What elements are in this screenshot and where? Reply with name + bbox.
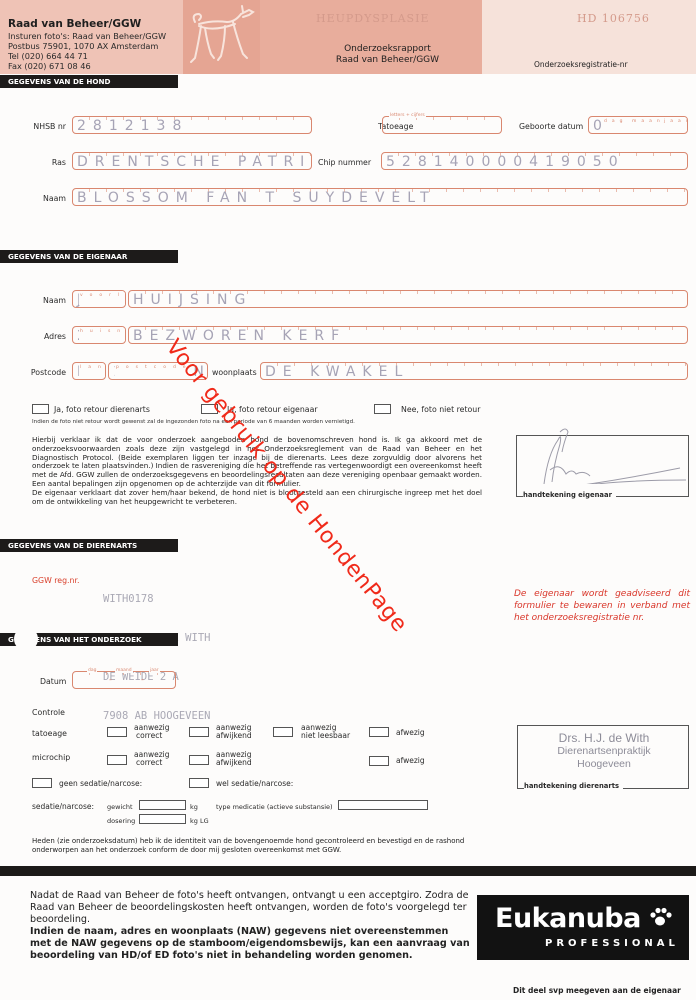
- chip-label: Chip nummer: [318, 158, 371, 167]
- dosage-unit: kg LG: [190, 817, 209, 825]
- owner-signature-icon: [516, 422, 689, 484]
- sponsor-subtitle: PROFESSIONAL: [545, 938, 679, 949]
- owner-signature-box[interactable]: handtekening eigenaar: [516, 435, 689, 497]
- controle-label: Controle: [32, 708, 65, 717]
- owner-initials-field[interactable]: voorletters JC: [72, 290, 126, 308]
- ras-label: Ras: [20, 158, 66, 167]
- chip-field[interactable]: 528140000419050: [381, 152, 688, 170]
- tattoo-check-label: tatoeage: [32, 729, 67, 738]
- chip-present-correct-checkbox[interactable]: [107, 755, 127, 765]
- vet-confirmation: Heden (zie onderzoeksdatum) heb ik de id…: [32, 837, 492, 854]
- city-label: woonplaats: [212, 368, 257, 377]
- initials-hint: voorletters: [79, 290, 126, 305]
- nhsb-field[interactable]: 2812138: [72, 116, 312, 134]
- return-to-vet-label: Ja, foto retour dierenarts: [54, 405, 150, 414]
- medication-input[interactable]: [338, 800, 428, 810]
- org-phone: Tel (020) 664 44 71: [8, 51, 88, 61]
- tattoo-present-correct-checkbox[interactable]: [107, 727, 127, 737]
- vet-stamp-practice: Dierenartsenpraktijk: [518, 745, 690, 758]
- footer-info-normal: Nadat de Raad van Beheer de foto's heeft…: [30, 890, 469, 925]
- org-address-line: Postbus 75901, 1070 AX Amsterdam: [8, 41, 158, 51]
- dosage-input[interactable]: [139, 814, 186, 824]
- sponsor-logo: Eukanuba PROFESSIONAL: [477, 895, 689, 960]
- exam-date-label: Datum: [40, 677, 66, 686]
- no-sedation-label: geen sedatie/narcose:: [59, 779, 142, 788]
- sponsor-name: Eukanuba: [495, 903, 641, 934]
- punch-hole: [14, 627, 38, 651]
- section-header-vet: GEGEVENS VAN DE DIERENARTS: [0, 539, 178, 552]
- return-to-owner-label: Ja, foto retour eigenaar: [227, 405, 318, 414]
- birth-day-hint: dag: [603, 116, 628, 131]
- vet-address-stamp: WITH0178 DRS. H.J. DE WITH DE WEIDE 2 A …: [103, 567, 210, 736]
- weight-input[interactable]: [139, 800, 186, 810]
- chip-absent-checkbox[interactable]: [369, 756, 389, 766]
- exam-month-hint: maand: [115, 668, 133, 673]
- header-logo-panel: [183, 0, 260, 74]
- org-title: Raad van Beheer/GGW: [8, 18, 141, 30]
- house-number-field[interactable]: huisnummer 26: [72, 326, 126, 344]
- tatoeage-field[interactable]: letters + cijfers: [382, 116, 502, 134]
- weight-label: gewicht: [107, 803, 133, 811]
- vet-city: 7908 AB HOOGEVEEN: [103, 710, 210, 723]
- birth-year-hint: jaar: [663, 116, 688, 131]
- section-header-dog: GEGEVENS VAN DE HOND: [0, 75, 178, 88]
- owner-copy-note: Dit deel svp meegeven aan de eigenaar: [513, 986, 681, 995]
- report-title-line-2: Raad van Beheer/GGW: [300, 55, 475, 66]
- exam-type-stamp: HEUPDYSPLASIE: [316, 12, 429, 25]
- vet-stamp-city: Hoogeveen: [518, 758, 690, 771]
- sedation-label: wel sedatie/narcose:: [216, 779, 293, 788]
- dog-name-label: Naam: [20, 194, 66, 203]
- tattoo-present-correct-label: aanwezigcorrect: [134, 724, 169, 740]
- tattoo-present-deviant-checkbox[interactable]: [189, 727, 209, 737]
- footer-info-bold: Indien de naam, adres en woonplaats (NAW…: [30, 926, 470, 961]
- return-to-vet-checkbox[interactable]: [32, 404, 49, 414]
- footer-info: Nadat de Raad van Beheer de foto's heeft…: [30, 890, 470, 962]
- report-title-line-1: Onderzoeksrapport: [300, 44, 475, 55]
- tattoo-unreadable-label: aanwezigniet leesbaar: [301, 724, 350, 740]
- chip-absent-label: afwezig: [396, 757, 425, 765]
- no-return-label: Nee, foto niet retour: [401, 405, 480, 414]
- tear-off-divider: [0, 866, 696, 876]
- exam-date-field[interactable]: dag maand jaar - -: [72, 671, 176, 689]
- org-fax: Fax (020) 671 08 46: [8, 61, 91, 71]
- house-number-hint: huisnummer: [79, 326, 126, 341]
- vet-signature-box[interactable]: Drs. H.J. de With Dierenartsenpraktijk H…: [517, 725, 689, 789]
- tattoo-absent-checkbox[interactable]: [369, 727, 389, 737]
- country-hint: land: [79, 362, 106, 377]
- registration-number-stamp: HD 106756: [577, 12, 650, 25]
- owner-signature-label: handtekening eigenaar: [523, 491, 616, 499]
- country-field[interactable]: land NL: [72, 362, 106, 380]
- vet-reg-number: WITH0178: [103, 593, 210, 606]
- vet-signature-label: handtekening dierenarts: [524, 782, 623, 790]
- microchip-check-label: microchip: [32, 753, 70, 762]
- birth-date-field[interactable]: dag maand jaar 05-10-10: [588, 116, 688, 134]
- section-header-owner: GEGEVENS VAN DE EIGENAAR: [0, 250, 178, 263]
- city-field[interactable]: DE KWAKEL: [260, 362, 688, 380]
- address-label: Adres: [20, 332, 66, 341]
- birth-date-label: Geboorte datum: [519, 122, 583, 131]
- paw-icon: [649, 907, 675, 929]
- vet-reg-label: GGW reg.nr.: [32, 576, 79, 585]
- chip-present-deviant-checkbox[interactable]: [189, 755, 209, 765]
- weight-unit: kg: [190, 803, 198, 811]
- dog-logo-icon: [183, 0, 260, 74]
- no-return-checkbox[interactable]: [374, 404, 391, 414]
- owner-surname-field[interactable]: HUIJSING: [128, 290, 688, 308]
- org-address-line: Insturen foto's: Raad van Beheer/GGW: [8, 31, 166, 41]
- postcode-field[interactable]: postcode 1424RN: [108, 362, 208, 380]
- owner-name-label: Naam: [20, 296, 66, 305]
- no-sedation-checkbox[interactable]: [32, 778, 52, 788]
- postcode-label: Postcode: [18, 368, 66, 377]
- return-note: Indien de foto niet retour wordt gewenst…: [32, 419, 355, 425]
- advice-note: De eigenaar wordt geadviseerd dit formul…: [514, 588, 690, 624]
- return-to-owner-checkbox[interactable]: [201, 404, 218, 414]
- vet-stamp-name: Drs. H.J. de With: [518, 732, 690, 745]
- exam-year-hint: jaar: [149, 668, 160, 673]
- ras-field[interactable]: DRENTSCHE PATRIJS: [72, 152, 312, 170]
- sedation-checkbox[interactable]: [189, 778, 209, 788]
- medication-label: type medicatie (actieve substansie): [216, 803, 333, 811]
- owner-declaration: Hierbij verklaar ik dat de voor onderzoe…: [32, 436, 482, 506]
- chip-present-deviant-label: aanwezigafwijkend: [216, 751, 252, 767]
- dosage-label: dosering: [107, 817, 135, 825]
- declaration-part-1: Hierbij verklaar ik dat de voor onderzoe…: [32, 435, 482, 488]
- report-title: Onderzoeksrapport Raad van Beheer/GGW: [300, 44, 475, 66]
- sedation-details-label: sedatie/narcose:: [32, 802, 94, 811]
- tattoo-absent-label: afwezig: [396, 729, 425, 737]
- tattoo-unreadable-checkbox[interactable]: [273, 727, 293, 737]
- street-field[interactable]: BEZWOREN KERF: [128, 326, 688, 344]
- nhsb-label: NHSB nr: [20, 122, 66, 131]
- vet-practice-stamp: Drs. H.J. de With Dierenartsenpraktijk H…: [518, 732, 690, 771]
- postcode-hint: postcode: [115, 362, 194, 377]
- exam-day-hint: dag: [87, 668, 97, 673]
- registration-label: Onderzoeksregistratie-nr: [534, 60, 628, 69]
- declaration-part-2: De eigenaar verklaart dat zover hem/haar…: [32, 488, 482, 506]
- tatoeage-hint: letters + cijfers: [389, 113, 426, 118]
- chip-present-correct-label: aanwezigcorrect: [134, 751, 169, 767]
- tattoo-present-deviant-label: aanwezigafwijkend: [216, 724, 252, 740]
- dog-name-field[interactable]: BLOSSOM FAN T SUYDEVELT: [72, 188, 688, 206]
